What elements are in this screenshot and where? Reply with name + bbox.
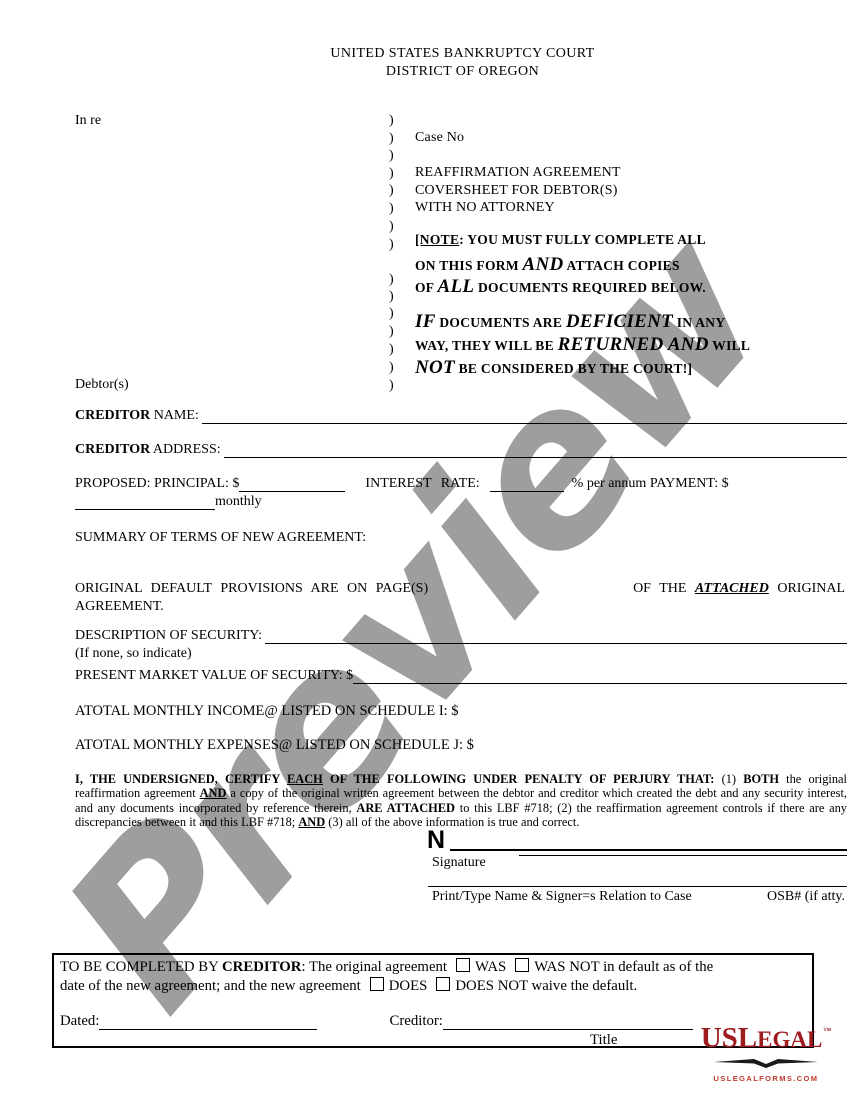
description-security-row: DESCRIPTION OF SECURITY: [75, 628, 847, 644]
creditor-sign-field[interactable] [443, 1013, 693, 1030]
creditor-name-field[interactable] [202, 408, 847, 424]
debtors-label: Debtor(s) [75, 377, 129, 393]
checkbox-does-not[interactable] [436, 977, 450, 991]
caption-paren: ) [389, 360, 394, 376]
caption-paren: ) [389, 342, 394, 358]
certification-paragraph: I, THE UNDERSIGNED, CERTIFY EACH OF THE … [75, 772, 847, 830]
note-line2: ON THIS FORM AND ATTACH COPIES [415, 254, 680, 276]
creditor-address-field[interactable] [224, 442, 847, 458]
print-name-row: Print/Type Name & Signer=s Relation to C… [432, 889, 845, 905]
uslegal-wordmark: USLEGAL™ [700, 1017, 832, 1057]
in-re-label: In re [75, 113, 101, 129]
summary-label: SUMMARY OF TERMS OF NEW AGREEMENT: [75, 530, 366, 546]
payment-field[interactable] [75, 494, 215, 510]
monthly-expenses-line: ATOTAL MONTHLY EXPENSES@ LISTED ON SCHED… [75, 737, 474, 754]
checkbox-was[interactable] [456, 958, 470, 972]
signature-label: Signature [432, 855, 486, 871]
caption-paren: ) [389, 324, 394, 340]
caption-paren: ) [389, 306, 394, 322]
caption-paren: ) [389, 183, 394, 199]
uslegal-site-text: USLEGALFORMS.COM [700, 1074, 832, 1083]
district-title: DISTRICT OF OREGON [75, 64, 850, 80]
caption-paren: ) [389, 148, 394, 164]
creditor-name-row: CREDITOR NAME: [75, 408, 847, 424]
note-line4: IF DOCUMENTS ARE DEFICIENT IN ANY [415, 311, 725, 333]
if-none-note: (If none, so indicate) [75, 646, 192, 662]
default-provisions-row: ORIGINAL DEFAULT PROVISIONS ARE ON PAGE(… [75, 581, 845, 597]
uslegal-logo: USLEGAL™ USLEGALFORMS.COM [700, 1017, 832, 1083]
case-no-label: Case No [415, 130, 464, 146]
court-title: UNITED STATES BANKRUPTCY COURT [75, 46, 850, 62]
proposed-row: PROPOSED: PRINCIPAL: $ INTEREST RATE: % … [75, 476, 847, 492]
market-value-row: PRESENT MARKET VALUE OF SECURITY: $ [75, 668, 847, 684]
caption-paren: ) [389, 166, 394, 182]
interest-rate-field[interactable] [490, 476, 564, 492]
payment-monthly-row: monthly [75, 494, 262, 510]
checkbox-was-not[interactable] [515, 958, 529, 972]
monthly-income-line: ATOTAL MONTHLY INCOME@ LISTED ON SCHEDUL… [75, 703, 459, 720]
caption-paren: ) [389, 113, 394, 129]
eagle-ornament-icon [700, 1055, 832, 1073]
caption-paren: ) [389, 131, 394, 147]
creditor-box-line2: date of the new agreement; and the new a… [60, 977, 806, 995]
dated-creditor-row: Dated: Creditor: [60, 1013, 806, 1030]
caption-paren: ) [389, 272, 394, 288]
form-title-line2: COVERSHEET FOR DEBTOR(S) [415, 183, 618, 199]
signature-line[interactable] [450, 849, 847, 851]
form-title-line1: REAFFIRMATION AGREEMENT [415, 165, 621, 181]
creditor-box-line1: TO BE COMPLETED BY CREDITOR: The origina… [60, 958, 806, 976]
creditor-address-row: CREDITOR ADDRESS: [75, 442, 847, 458]
caption-paren: ) [389, 219, 394, 235]
caption-paren: ) [389, 237, 394, 253]
note-line3: OF ALL DOCUMENTS REQUIRED BELOW. [415, 276, 706, 298]
osb-label: OSB# (if atty. [767, 889, 845, 905]
caption-paren: ) [389, 378, 394, 394]
description-security-field[interactable] [265, 628, 847, 644]
market-value-field[interactable] [353, 668, 847, 684]
signature-line-2[interactable] [519, 855, 847, 856]
note-line6: NOT BE CONSIDERED BY THE COURT!] [415, 357, 692, 379]
note-word: [NOTE [415, 232, 459, 247]
form-title-line3: WITH NO ATTORNEY [415, 200, 555, 216]
print-name-line[interactable] [428, 886, 847, 887]
dated-field[interactable] [99, 1013, 317, 1030]
principal-field[interactable] [239, 476, 345, 492]
note-line5: WAY, THEY WILL BE RETURNED AND WILL [415, 334, 750, 356]
n-mark: N [427, 828, 445, 853]
note-line1: [NOTE: YOU MUST FULLY COMPLETE ALL [415, 232, 706, 248]
trademark-symbol: ™ [823, 1026, 831, 1035]
checkbox-does[interactable] [370, 977, 384, 991]
agreement-word: AGREEMENT. [75, 599, 164, 615]
attached-word: ATTACHED [695, 581, 769, 596]
document-page: Preview UNITED STATES BANKRUPTCY COURT D… [0, 0, 850, 1100]
caption-paren: ) [389, 201, 394, 217]
caption-paren: ) [389, 289, 394, 305]
